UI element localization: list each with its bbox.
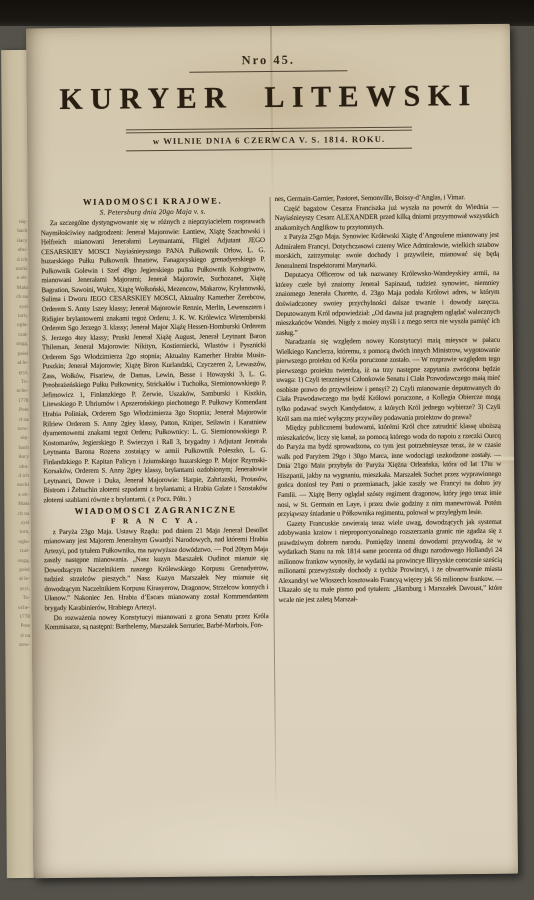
masthead-rule-bottom xyxy=(126,148,412,152)
body-paragraph: Do rozważenia nowey Konstytucyi mianowan… xyxy=(45,612,269,633)
body-paragraph: Część bagażow Cesarza Franciszka już wys… xyxy=(275,202,499,233)
body-paragraph: Gazety Francuskie zawieraią teraz wiele … xyxy=(278,517,503,605)
body-paragraph: z Paryża 25go Maja. Synowiec Królewski X… xyxy=(275,231,499,271)
masthead-rule-top xyxy=(189,70,347,73)
newspaper-title: KURYER LITEWSKI xyxy=(26,79,510,118)
photo-background: nię- bach iłacy obu- d ich nocki e ob- M… xyxy=(0,0,534,900)
newspaper-page: Nro 45. KURYER LITEWSKI w WILNIE DNIA 6 … xyxy=(26,24,518,879)
background-top-band xyxy=(0,0,534,26)
left-column: WIADOMOSCI KRAJOWE. S. Petersburg dnia 2… xyxy=(41,195,271,809)
right-column: nes, Germain-Garnier, Pastoret, Semonvil… xyxy=(275,193,505,807)
issue-number: Nro 45. xyxy=(26,51,510,71)
body-paragraph: Naradzania się względem nowey Konstytucy… xyxy=(276,336,501,424)
masthead-dateline: w WILNIE DNIA 6 CZERWCA V. S. 1814. ROKU… xyxy=(27,133,511,148)
text-columns: WIADOMOSCI KRAJOWE. S. Petersburg dnia 2… xyxy=(41,193,505,809)
body-paragraph: Między publicznemi budowami, którémi Kró… xyxy=(277,422,502,520)
masthead: Nro 45. KURYER LITEWSKI w WILNIE DNIA 6 … xyxy=(26,24,511,153)
body-paragraph: z Paryża 23go Maja. Ustawy Rządu: pod dn… xyxy=(44,526,269,614)
body-paragraph: Za szczególne dystyngwowanie się w różny… xyxy=(41,217,268,506)
body-paragraph: Deputacya Officerow od tak nazwaney Król… xyxy=(275,269,500,338)
facing-page-text-fragments: nię- bach iłacy obu- d ich nocki e ob- M… xyxy=(3,218,30,651)
masthead-double-rule xyxy=(126,127,412,134)
